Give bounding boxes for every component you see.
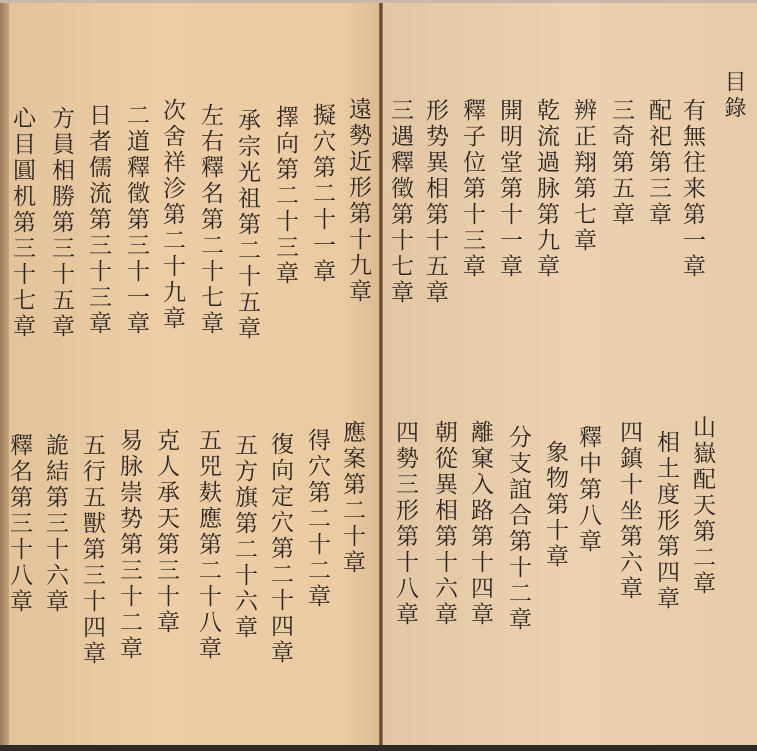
toc-entry: 詭結第三十六章 [43, 433, 66, 615]
toc-entry: 易脉崇势第三十二章 [117, 428, 140, 662]
toc-entry: 分支誼合第十二章 [506, 425, 529, 633]
toc-entry: 心目圓机第三十七章 [10, 106, 33, 340]
toc-entry: 山嶽配天第二章 [690, 415, 713, 597]
toc-entry: 擇向第二十三章 [273, 105, 296, 287]
toc-entry: 象物第十章 [543, 440, 566, 570]
open-book: 目錄 有無往来第一章 配祀第三章 三奇第五章 辨正翔第七章 乾流過脉第九章 開明… [0, 0, 757, 745]
bottom-edge [0, 745, 757, 751]
toc-entry: 相土度形第四章 [654, 430, 677, 612]
toc-entry: 應案第二十章 [340, 420, 363, 576]
toc-entry: 四勢三形第十八章 [393, 420, 416, 628]
toc-entry: 配祀第三章 [646, 98, 669, 228]
toc-entry: 復向定穴第二十四章 [268, 432, 291, 666]
toc-entry: 有無往来第一章 [680, 98, 703, 280]
toc-entry: 朝從異相第十六章 [432, 420, 455, 628]
toc-entry: 日者儒流第三十三章 [86, 103, 109, 337]
toc-entry: 開明堂第十一章 [497, 98, 520, 280]
toc-entry: 釋子位第十三章 [460, 98, 483, 280]
toc-entry: 四鎮十坐第六章 [617, 420, 640, 602]
toc-entry: 辨正翔第七章 [571, 98, 594, 254]
toc-entry: 左右釋名第二十七章 [198, 103, 221, 337]
toc-entry: 三奇第五章 [609, 98, 632, 228]
toc-entry: 五行五獸第三十四章 [80, 433, 103, 667]
left-page-edge [0, 0, 9, 745]
toc-entry: 承宗光祖第二十五章 [235, 108, 258, 342]
toc-entry: 形势異相第十五章 [423, 98, 446, 306]
toc-entry: 釋中第八章 [576, 425, 599, 555]
toc-title: 目錄 [722, 70, 744, 122]
toc-entry: 方員相勝第三十五章 [49, 106, 72, 340]
book-gutter [379, 0, 383, 745]
toc-entry: 乾流過脉第九章 [534, 98, 557, 280]
toc-entry: 擬穴第二十一章 [310, 103, 333, 285]
toc-entry: 釋名第三十八章 [7, 433, 30, 615]
toc-entry: 五方旗第二十六章 [232, 433, 255, 641]
toc-entry: 得穴第二十二章 [305, 428, 328, 610]
toc-entry: 離窠入路第十四章 [468, 420, 491, 628]
toc-entry: 五兕麸應第二十八章 [196, 428, 219, 662]
toc-entry: 遠勢近形第十九章 [346, 97, 369, 305]
top-edge [0, 0, 757, 3]
toc-entry: 次舍祥沴第二十九章 [160, 98, 183, 332]
toc-entry: 克人承天第三十章 [154, 428, 177, 636]
toc-entry: 三遇釋徵第十七章 [388, 98, 411, 306]
toc-entry: 二道釋徵第三十一章 [124, 103, 147, 337]
